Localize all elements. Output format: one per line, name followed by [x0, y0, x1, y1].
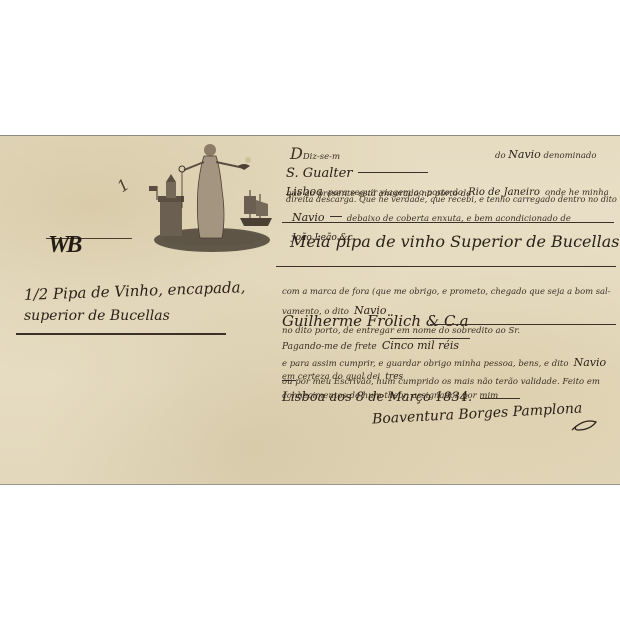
- body-line-1: com a marca de fora (que me obrigo, e pr…: [282, 286, 611, 296]
- header-line-1: do Navio denominado: [495, 148, 596, 161]
- body2-line-3: ou por meu Escrivão, hum cumprido os mai…: [282, 377, 600, 387]
- header-line-4: direita descarga. Que he verdade, que re…: [286, 194, 617, 204]
- cargo-description-line-2: superior de Bucellas: [24, 308, 170, 324]
- cargo-rule: [276, 266, 616, 267]
- allegorical-engraving-icon: [140, 138, 280, 256]
- shipping-mark: WB: [48, 232, 79, 259]
- header-do: do: [495, 151, 506, 161]
- header-prefix-text: Diz-se-m: [303, 152, 340, 162]
- margin-tick-mark: 1: [113, 175, 132, 196]
- left-column-rule: [16, 333, 226, 335]
- ship-name: S. Gualter: [286, 166, 353, 181]
- cargo-line: Meia pipa de vinho Superior de Bucellas: [290, 232, 619, 251]
- consignee: Guilherme Frölich & C.a: [282, 312, 469, 330]
- header-bottom-rule: [282, 222, 614, 223]
- date-line: Lisboa aos 8 de Março 1834.: [282, 390, 472, 405]
- header-denominado: denominado: [544, 151, 597, 161]
- date-rule: [480, 398, 520, 399]
- consignee-rule: [430, 324, 616, 325]
- cargo-description-line-1: 1/2 Pipa de Vinho, encapada,: [24, 278, 246, 304]
- ship-type: Navio: [508, 148, 541, 161]
- filler-rule: [330, 216, 342, 217]
- header-initial: D: [290, 144, 303, 163]
- freight-rule: [390, 338, 470, 339]
- ship-name-rule: [358, 172, 428, 173]
- header-line-1-prefix: DDiz-se-m: [290, 144, 340, 163]
- signature-flourish-icon: [570, 416, 600, 434]
- bill-of-lading-paper: 1 WB 1/2 Pipa de Vinho, encapada, superi…: [0, 135, 620, 484]
